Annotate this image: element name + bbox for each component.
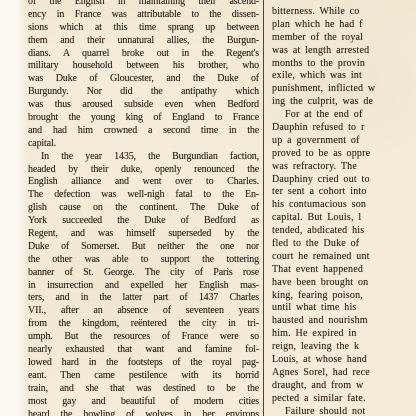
text-line: Burgundy. Nor did the antipathy which — [28, 86, 259, 99]
text-line: reign, leaving the k — [272, 341, 416, 354]
text-line: In the year 1435, the Burgundian faction… — [28, 151, 259, 164]
text-line: brought the young king of England to Fra… — [28, 112, 259, 125]
text-line: ters, and in the latter part of 1437 Cha… — [28, 292, 259, 305]
text-line: king, fearing poison, — [272, 290, 416, 303]
text-line: nearly exhausted that want and famine fo… — [28, 344, 259, 357]
text-line: pected a similar fate. — [272, 393, 416, 406]
text-line: member of the royal — [272, 32, 416, 45]
text-line: from the kingdom, reëntered the city in … — [28, 318, 259, 331]
text-line: Dauphin refused to r — [272, 122, 416, 135]
text-line: up a government of — [272, 135, 416, 148]
text-line: draught, and from w — [272, 380, 416, 393]
text-line: months to the provin — [272, 58, 416, 71]
text-line: heard the howling of wolves in her envir… — [28, 409, 259, 416]
text-line: of the English in maintaining their asce… — [28, 0, 259, 9]
right-text-column: bitterness. While coplan which he had fm… — [272, 6, 416, 416]
text-line: Louis, at whose hand — [272, 354, 416, 367]
text-line: VII., after an absence of seventeen year… — [28, 305, 259, 318]
page-left-margin — [0, 0, 27, 416]
text-line: Duke of Somerset. But neither the one no… — [28, 241, 259, 254]
text-line: was refractory. The — [272, 161, 416, 174]
text-line: most gay and beautiful of modern cities — [28, 396, 259, 409]
text-line: ing the culprit, was de — [272, 96, 416, 109]
text-line: Failure should not — [272, 406, 416, 416]
text-line: was at length arrested — [272, 45, 416, 58]
text-line: in insurrection and expelled her English… — [28, 280, 259, 293]
text-line: eant. Then came pestilence with its horr… — [28, 370, 259, 383]
text-line: ency in France was attributable to the d… — [28, 9, 259, 22]
text-line: glish cause on the continent. The Duke o… — [28, 202, 259, 215]
text-line: him. He expired in — [272, 328, 416, 341]
text-line: Regent, and was himself superseded by th… — [28, 228, 259, 241]
text-line: the other was able to support the totter… — [28, 254, 259, 267]
text-line: tended, abdicated his — [272, 225, 416, 238]
text-line: lowed hard in the footsteps of the royal… — [28, 357, 259, 370]
text-line: until what time his — [272, 302, 416, 315]
text-line: proved to be as oppre — [272, 148, 416, 161]
text-line: was thus aroused subside even when Bedfo… — [28, 99, 259, 112]
text-line: and had him crowned a second time in the — [28, 125, 259, 138]
text-line: That event happened — [272, 264, 416, 277]
text-line: Agnes Sorel, had rece — [272, 367, 416, 380]
text-line: have been brought on — [272, 277, 416, 290]
text-line: York succeeded the Duke of Bedford as — [28, 215, 259, 228]
text-line: bitterness. While co — [272, 6, 416, 19]
text-line: headed by their duke, openly renounced t… — [28, 164, 259, 177]
text-line: court he remained unt — [272, 251, 416, 264]
text-line: them and their unnatural allies, the Bur… — [28, 35, 259, 48]
text-line: exile, which was int — [272, 70, 416, 83]
text-line: English alliance and went over to Charle… — [28, 176, 259, 189]
text-line: fled to the Duke of — [272, 238, 416, 251]
left-text-column: of the English in maintaining their asce… — [28, 0, 259, 416]
text-line: The defection was well-nigh fatal to the… — [28, 189, 259, 202]
text-line: ter sent a cohort into — [272, 186, 416, 199]
text-line: dians. A quarrel broke out in the Regent… — [28, 48, 259, 61]
text-line: capital. But Louis, l — [272, 212, 416, 225]
text-line: military household between his brother, … — [28, 60, 259, 73]
text-line: plan which he had f — [272, 19, 416, 32]
text-line: sions which at this time sprang up betwe… — [28, 22, 259, 35]
text-line: capital. — [28, 138, 259, 151]
text-line: hausted and nourishm — [272, 315, 416, 328]
text-line: Dauphiny cried out to — [272, 174, 416, 187]
text-line: umph. But the resources of France were s… — [28, 331, 259, 344]
column-divider-rule — [263, 0, 264, 416]
text-line: punishment, inflicted w — [272, 83, 416, 96]
book-page: of the English in maintaining their asce… — [0, 0, 416, 416]
text-line: his contumacious son — [272, 199, 416, 212]
text-line: banner of St. George. The city of Paris … — [28, 267, 259, 280]
text-line: For at the end of — [272, 109, 416, 122]
text-line: was Duke of Gloucester, and the Duke of — [28, 73, 259, 86]
text-line: train, and she that was destined to be t… — [28, 383, 259, 396]
